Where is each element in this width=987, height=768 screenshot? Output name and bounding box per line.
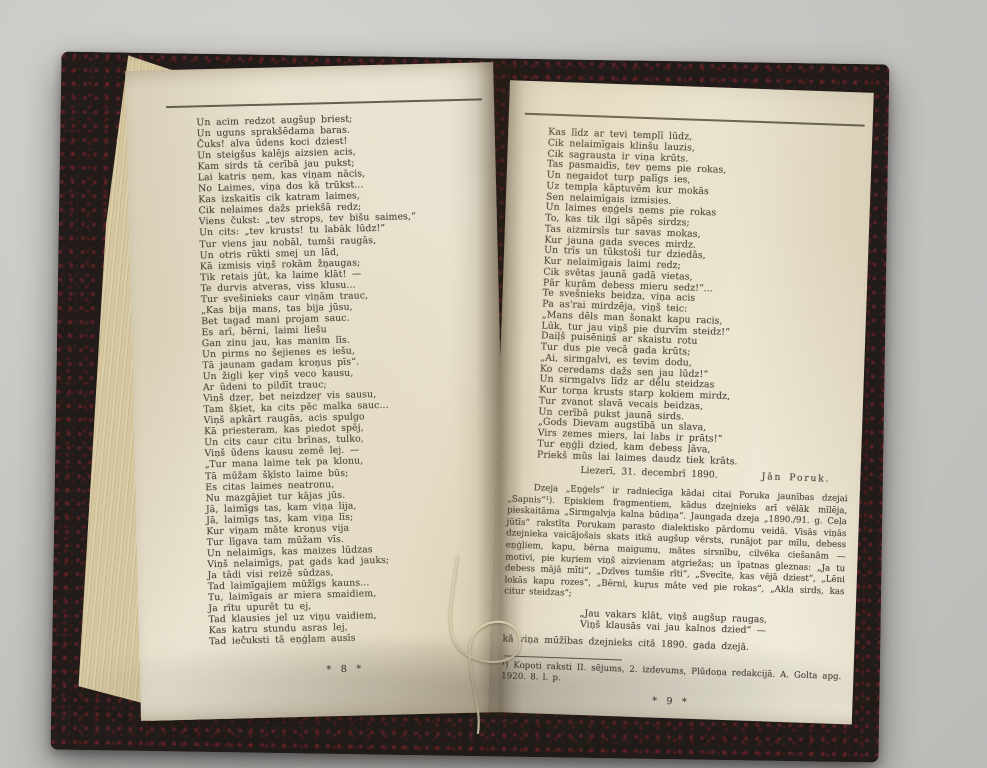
right-page-number: * 9 * xyxy=(500,691,840,714)
footnote-separator xyxy=(504,655,622,660)
page-edge-stack-bottom xyxy=(150,687,501,721)
right-page-poem: Kas līdz ar tevi templī lūdz,Cik nelaimī… xyxy=(537,128,860,472)
left-page-poem: Un acim redzot augšup briest;Un uguns sp… xyxy=(196,110,507,647)
right-page-text: Kas līdz ar tevi templī lūdz,Cik nelaimī… xyxy=(488,80,873,714)
left-page-number: * 8 * xyxy=(210,661,480,679)
poem-dateline: Liezerī, 31. decembrī 1890. xyxy=(580,466,718,482)
commentary-paragraph: Dzeja „Eņģels“ ir radniecīga kādai citai… xyxy=(504,482,848,610)
footnote: ¹) Kopoti raksti II. sējums, 2. izdevums… xyxy=(501,660,842,694)
author-signature: Jān Poruk. xyxy=(761,472,830,485)
right-page: Kas līdz ar tevi templī lūdz,Cik nelaimī… xyxy=(488,80,874,724)
left-page: Un acim redzot augšup briest;Un uguns sp… xyxy=(125,62,509,721)
book-photo: Un acim redzot augšup briest;Un uguns sp… xyxy=(0,0,987,768)
left-page-text: Un acim redzot augšup briest;Un uguns sp… xyxy=(125,62,508,680)
